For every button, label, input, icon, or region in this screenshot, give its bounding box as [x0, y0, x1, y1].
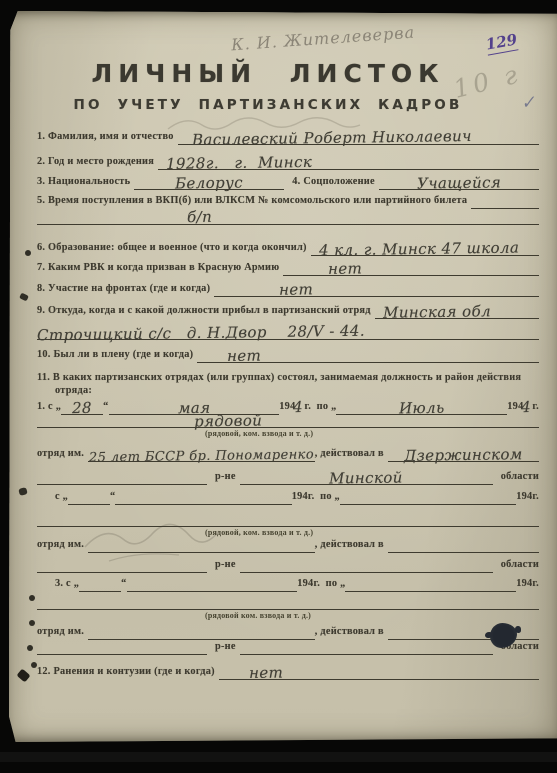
- field-label: 2. Год и место рождения: [37, 156, 154, 170]
- field-value-handwritten: б/п: [37, 208, 212, 228]
- unit-handwritten: 25 лет БССР бр. Пономаренко: [89, 447, 314, 465]
- area-handwritten: Дзержинском: [404, 445, 523, 465]
- field-underline: нет: [283, 255, 539, 276]
- field-underline: [115, 484, 291, 505]
- printed-text: области: [501, 471, 539, 485]
- field-label: 7. Каким РВК и когда призван в Красную А…: [37, 262, 279, 276]
- field-underline: 1928г. г. Минск: [158, 149, 539, 170]
- service-entry3-district: р-не области: [37, 635, 539, 655]
- field-label: 6. Образование: общее и военное (что и к…: [37, 242, 307, 256]
- field-underline: [240, 552, 493, 573]
- position-handwritten: рядовой: [194, 412, 263, 431]
- field-underline: нет: [214, 276, 539, 297]
- field-row-nationality-social: 3. Национальность Белорус 4. Соцположени…: [37, 170, 539, 190]
- field-underline: 4 кл. г. Минск 47 школа: [311, 235, 539, 256]
- field-underline: Строчицкий с/с д. Н.Двор 28/V - 44.: [37, 319, 539, 340]
- printed-text: р-не: [215, 641, 236, 655]
- field-label: 1. Фамилия, имя и отчество: [37, 131, 174, 145]
- printed-text: с „: [55, 491, 68, 505]
- field-row-party-value: б/п: [37, 205, 539, 225]
- service-entry3-position: [37, 590, 539, 610]
- field-underline: [37, 506, 539, 527]
- printed-text: р-не: [215, 471, 236, 485]
- printed-caption: (рядовой, ком. взвода и т. д.): [205, 429, 313, 438]
- printed-text: 194: [292, 491, 308, 505]
- field-underline: рядовой: [37, 407, 539, 428]
- field-underline: 25 лет БССР бр. Пономаренко: [88, 441, 315, 462]
- field-label: 9. Откуда, когда и с какой должности при…: [37, 305, 371, 319]
- handwritten-top-annotation: К. И. Жителеверва: [231, 19, 472, 55]
- field-underline: [37, 589, 539, 610]
- printed-text: г. по „: [308, 491, 340, 505]
- field-underline: [37, 464, 207, 485]
- service-entry1-district: р-не Минской области: [37, 465, 539, 485]
- field-underline: [240, 634, 493, 655]
- punch-hole: [27, 645, 33, 651]
- field-underline: [37, 634, 207, 655]
- punch-hole: [25, 250, 31, 256]
- field-row-wounds: 12. Ранения и контузии (где и когда) нет: [37, 660, 539, 680]
- field-row-surname: 1. Фамилия, имя и отчество Василевский Р…: [37, 125, 539, 145]
- field-underline: нет: [197, 342, 539, 363]
- punch-hole: [18, 487, 28, 496]
- field-underline: Василевский Роберт Николаевич: [178, 124, 539, 145]
- printed-text: 194: [516, 491, 532, 505]
- field-label: 8. Участие на фронтах (где и когда): [37, 283, 210, 297]
- scan-bottom-shadow: [0, 752, 557, 762]
- field-value-handwritten: нет: [197, 347, 261, 366]
- punch-hole: [31, 662, 37, 668]
- field-label: 4. Соцположение: [292, 176, 375, 190]
- page-number-stamp: 129: [484, 30, 518, 55]
- field-underline: нет: [219, 659, 539, 680]
- field-row-education: 6. Образование: общее и военное (что и к…: [37, 236, 539, 256]
- punch-hole: [19, 293, 29, 302]
- field-value-handwritten: нет: [214, 280, 313, 299]
- scanned-form-paper: К. И. Жителеверва 129 10 г ✓ ЛИЧНЫЙ ЛИСТ…: [9, 11, 557, 742]
- printed-text: отряд им.: [37, 539, 84, 553]
- field-value-handwritten: нет: [219, 664, 283, 683]
- service-entry1-position: рядовой: [37, 408, 539, 428]
- field-underline: Дзержинском: [388, 441, 539, 462]
- field-row-birth: 2. Год и место рождения 1928г. г. Минск: [37, 150, 539, 170]
- printed-text: отряд им.: [37, 448, 84, 462]
- field-underline: [37, 552, 207, 573]
- field-row-fronts: 8. Участие на фронтах (где и когда) нет: [37, 277, 539, 297]
- service-entry2-unit: отряд им. , действовал в: [37, 533, 539, 553]
- field-underline: Учащейся: [379, 169, 539, 190]
- field-underline: [340, 484, 516, 505]
- field-underline: Минской: [240, 464, 493, 485]
- service-entry2-district: р-не области: [37, 553, 539, 573]
- field-underline: [388, 532, 539, 553]
- field-row-rvk: 7. Каким РВК и когда призван в Красную А…: [37, 256, 539, 276]
- printed-text: , действовал в: [315, 539, 384, 553]
- field-underline: [88, 532, 315, 553]
- field-underline: Белорус: [134, 169, 284, 190]
- punch-hole: [16, 669, 30, 683]
- field-value-handwritten: Василевский Роберт Николаевич: [177, 127, 471, 149]
- field-row-arrival-line2: Строчицкий с/с д. Н.Двор 28/V - 44.: [37, 320, 539, 340]
- service-entry2-dates: с „ “ 194 г. по „ 194 г.: [55, 485, 539, 505]
- field-row-arrival: 9. Откуда, когда и с какой должности при…: [37, 299, 539, 319]
- punch-hole: [29, 595, 35, 601]
- field-value-handwritten: Строчицкий с/с д. Н.Двор 28/V - 44.: [37, 322, 365, 345]
- form-subtitle: ПО УЧЕТУ ПАРТИЗАНСКИХ КАДРОВ: [9, 97, 527, 113]
- punch-hole: [29, 620, 35, 626]
- field-label: 10. Был ли в плену (где и когда): [37, 349, 193, 363]
- service-entry1-unit: отряд им. 25 лет БССР бр. Пономаренко , …: [37, 442, 539, 462]
- field-label: 3. Национальность: [37, 176, 130, 190]
- printed-text: г.: [532, 491, 539, 505]
- service-entry1-caption: (рядовой, ком. взвода и т. д.): [37, 429, 539, 440]
- field-row-captivity: 10. Был ли в плену (где и когда) нет: [37, 343, 539, 363]
- field-label: 12. Ранения и контузии (где и когда): [37, 666, 215, 680]
- printed-text: , действовал в: [315, 448, 384, 462]
- field-underline: [68, 484, 110, 505]
- field-underline: Минская обл: [375, 298, 539, 319]
- service-entry2-position: [37, 507, 539, 527]
- form-title: ЛИЧНЫЙ ЛИСТОК: [9, 59, 527, 88]
- field-underline: б/п: [37, 204, 539, 225]
